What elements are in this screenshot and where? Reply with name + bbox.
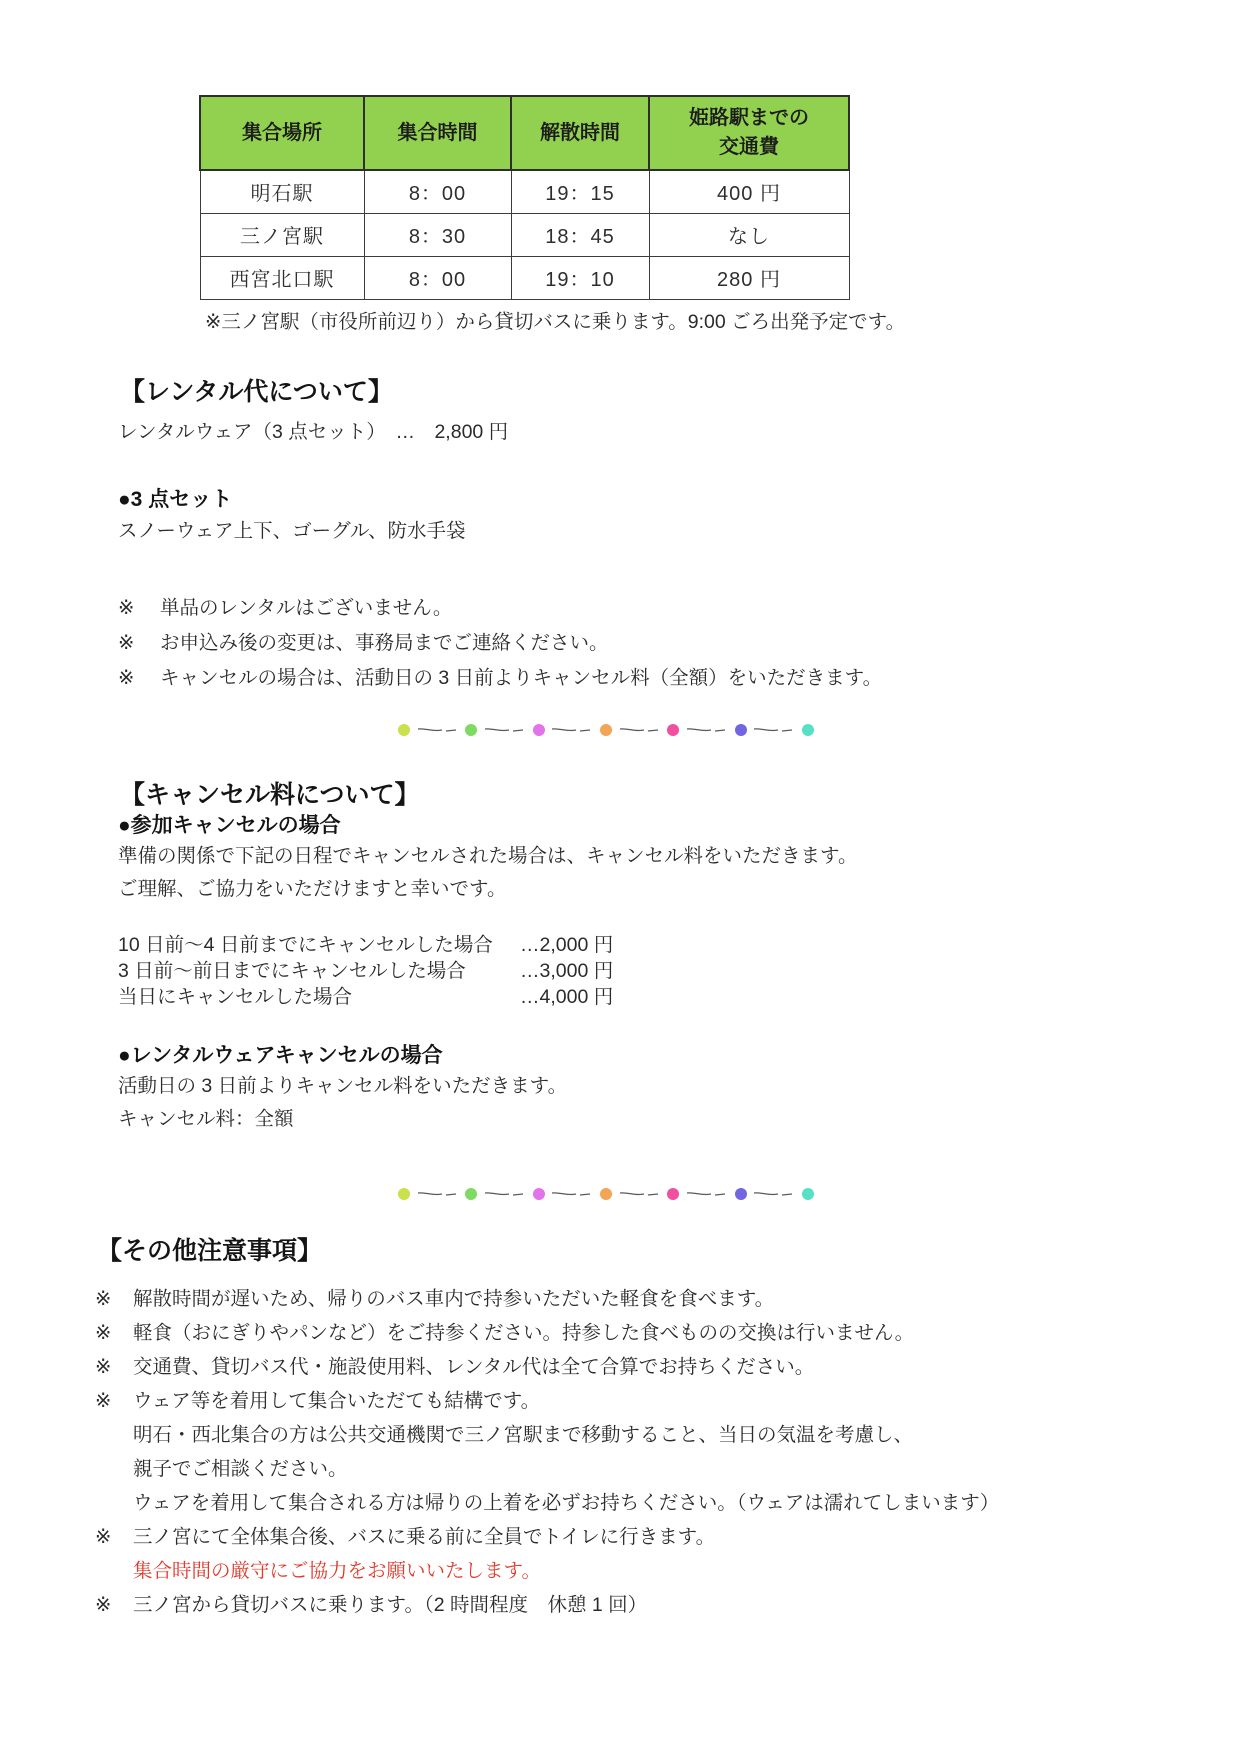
table-header-fare: 姫路駅までの 交通費: [649, 96, 849, 170]
divider-dot: [533, 1188, 545, 1200]
divider-dash: [483, 1189, 527, 1199]
note-continuation: 親子でご相談ください。: [133, 1452, 1241, 1486]
table-note: ※三ノ宮駅（市役所前辺り）から貸切バスに乗ります。9:00 ごろ出発予定です。: [205, 309, 1241, 335]
participation-cancel-heading: ●参加キャンセルの場合: [118, 812, 1241, 840]
divider-dash: [416, 725, 460, 735]
table-header-row: 集合場所 集合時間 解散時間 姫路駅までの 交通費: [200, 96, 849, 170]
divider-dash: [752, 725, 796, 735]
table-cell: 19：15: [511, 170, 649, 213]
note-marker: ※: [118, 591, 160, 626]
divider: [398, 1188, 814, 1200]
other-note-row: ※ 三ノ宮にて全体集合後、バスに乗る前に全員でトイレに行きます。: [95, 1520, 1241, 1554]
cancellation-desc: 準備の関係で下記の日程でキャンセルされた場合は、キャンセル料をいただきます。: [118, 840, 1241, 873]
table-cell: 19：10: [511, 256, 649, 299]
table-header-meet-time: 集合時間: [364, 96, 511, 170]
other-note-row: ※ 軽食（おにぎりやパンなど）をご持参ください。持参した食べものの交換は行いませ…: [95, 1316, 1241, 1350]
rental-price-line: レンタルウェア（3 点セット） … 2,800 円: [118, 419, 1241, 446]
note-text: 交通費、貸切バス代・施設使用料、レンタル代は全て合算でお持ちください。: [133, 1350, 814, 1384]
table-cell: 三ノ宮駅: [200, 213, 364, 256]
fee-price: …2,000 円: [520, 932, 613, 958]
rental-section-heading: 【レンタル代について】: [120, 377, 1241, 407]
meeting-table: 集合場所 集合時間 解散時間 姫路駅までの 交通費 明石駅 8：00 19：15…: [199, 95, 850, 300]
rental-cancel-heading: ●レンタルウェアキャンセルの場合: [118, 1042, 1241, 1070]
table-header-place: 集合場所: [200, 96, 364, 170]
divider-dot: [667, 724, 679, 736]
table-cell: 18：45: [511, 213, 649, 256]
fee-row: 3 日前～前日までにキャンセルした場合 …3,000 円: [118, 958, 1241, 984]
divider-dot: [600, 724, 612, 736]
divider-dash: [550, 1189, 594, 1199]
fee-row: 当日にキャンセルした場合 …4,000 円: [118, 984, 1241, 1010]
table-row: 明石駅 8：00 19：15 400 円: [200, 170, 849, 213]
note-text: 三ノ宮にて全体集合後、バスに乗る前に全員でトイレに行きます。: [133, 1520, 715, 1554]
rental-cancel-line: 活動日の 3 日前よりキャンセル料をいただきます。: [118, 1070, 1241, 1103]
note-text: キャンセルの場合は、活動日の 3 日前よりキャンセル料（全額）をいただきます。: [160, 661, 882, 696]
divider: [398, 724, 814, 736]
document-page: 集合場所 集合時間 解散時間 姫路駅までの 交通費 明石駅 8：00 19：15…: [0, 0, 1241, 1755]
table-cell: 8：00: [364, 170, 511, 213]
note-continuation: ウェアを着用して集合される方は帰りの上着を必ずお持ちください。（ウェアは濡れてし…: [133, 1486, 1241, 1520]
table-cell: 400 円: [649, 170, 849, 213]
note-marker: ※: [118, 661, 160, 696]
note-text: 三ノ宮から貸切バスに乗ります。（2 時間程度 休憩 1 回）: [133, 1588, 647, 1622]
table-cell: 280 円: [649, 256, 849, 299]
divider-dot: [533, 724, 545, 736]
set-contents: スノーウェア上下、ゴーグル、防水手袋: [118, 518, 1241, 545]
rental-cancel-line: キャンセル料：全額: [118, 1103, 1241, 1136]
divider-dash: [550, 725, 594, 735]
divider-dash: [618, 725, 662, 735]
cancellation-heading: 【キャンセル料について】: [120, 780, 1241, 810]
note-marker: ※: [95, 1282, 133, 1316]
note-row: ※ キャンセルの場合は、活動日の 3 日前よりキャンセル料（全額）をいただきます…: [118, 661, 1241, 696]
divider-dot: [398, 724, 410, 736]
other-note-row: ※ 解散時間が遅いため、帰りのバス車内で持参いただいた軽食を食べます。: [95, 1282, 1241, 1316]
note-marker: ※: [95, 1384, 133, 1418]
table-row: 西宮北口駅 8：00 19：10 280 円: [200, 256, 849, 299]
other-note-row: ※ 三ノ宮から貸切バスに乗ります。（2 時間程度 休憩 1 回）: [95, 1588, 1241, 1622]
divider-dot: [802, 724, 814, 736]
table-header-dismiss-time: 解散時間: [511, 96, 649, 170]
other-note-row: ※ 交通費、貸切バス代・施設使用料、レンタル代は全て合算でお持ちください。: [95, 1350, 1241, 1384]
note-marker: ※: [95, 1350, 133, 1384]
divider-dash: [416, 1189, 460, 1199]
note-text: ウェア等を着用して集合いただても結構です。: [133, 1384, 540, 1418]
other-notes-heading: 【その他注意事項】: [97, 1236, 1241, 1266]
table-cell: 8：30: [364, 213, 511, 256]
note-marker: ※: [95, 1316, 133, 1350]
table-cell: 8：00: [364, 256, 511, 299]
table-cell: なし: [649, 213, 849, 256]
note-row: ※ 単品のレンタルはございません。: [118, 591, 1241, 626]
table-row: 三ノ宮駅 8：30 18：45 なし: [200, 213, 849, 256]
divider-dot: [735, 1188, 747, 1200]
note-marker: ※: [95, 1520, 133, 1554]
divider-dot: [465, 724, 477, 736]
other-note-row: ※ ウェア等を着用して集合いただても結構です。: [95, 1384, 1241, 1418]
divider-dash: [685, 725, 729, 735]
divider-dot: [667, 1188, 679, 1200]
note-row: ※ お申込み後の変更は、事務局までご連絡ください。: [118, 626, 1241, 661]
fee-row: 10 日前～4 日前までにキャンセルした場合 …2,000 円: [118, 932, 1241, 958]
cancellation-desc: ご理解、ご協力をいただけますと幸いです。: [118, 873, 1241, 906]
divider-dash: [618, 1189, 662, 1199]
note-marker: ※: [118, 626, 160, 661]
fee-label: 3 日前～前日までにキャンセルした場合: [118, 958, 520, 984]
divider-dot: [802, 1188, 814, 1200]
table-cell: 明石駅: [200, 170, 364, 213]
table-cell: 西宮北口駅: [200, 256, 364, 299]
divider-dot: [398, 1188, 410, 1200]
note-text: 解散時間が遅いため、帰りのバス車内で持参いただいた軽食を食べます。: [133, 1282, 774, 1316]
red-warning-text: 集合時間の厳守にご協力をお願いいたします。: [133, 1554, 1241, 1588]
note-text: お申込み後の変更は、事務局までご連絡ください。: [160, 626, 609, 661]
fee-label: 当日にキャンセルした場合: [118, 984, 520, 1010]
note-marker: ※: [95, 1588, 133, 1622]
divider-dot: [735, 724, 747, 736]
set-heading: ●3 点セット: [118, 486, 1241, 514]
divider-dash: [685, 1189, 729, 1199]
note-text: 軽食（おにぎりやパンなど）をご持参ください。持参した食べものの交換は行いません。: [133, 1316, 914, 1350]
fee-price: …4,000 円: [520, 984, 613, 1010]
divider-dot: [600, 1188, 612, 1200]
divider-dash: [752, 1189, 796, 1199]
divider-dot: [465, 1188, 477, 1200]
divider-dash: [483, 725, 527, 735]
fee-label: 10 日前～4 日前までにキャンセルした場合: [118, 932, 520, 958]
fee-price: …3,000 円: [520, 958, 613, 984]
note-continuation: 明石・西北集合の方は公共交通機関で三ノ宮駅まで移動すること、当日の気温を考慮し、: [133, 1418, 1241, 1452]
note-text: 単品のレンタルはございません。: [160, 591, 452, 626]
